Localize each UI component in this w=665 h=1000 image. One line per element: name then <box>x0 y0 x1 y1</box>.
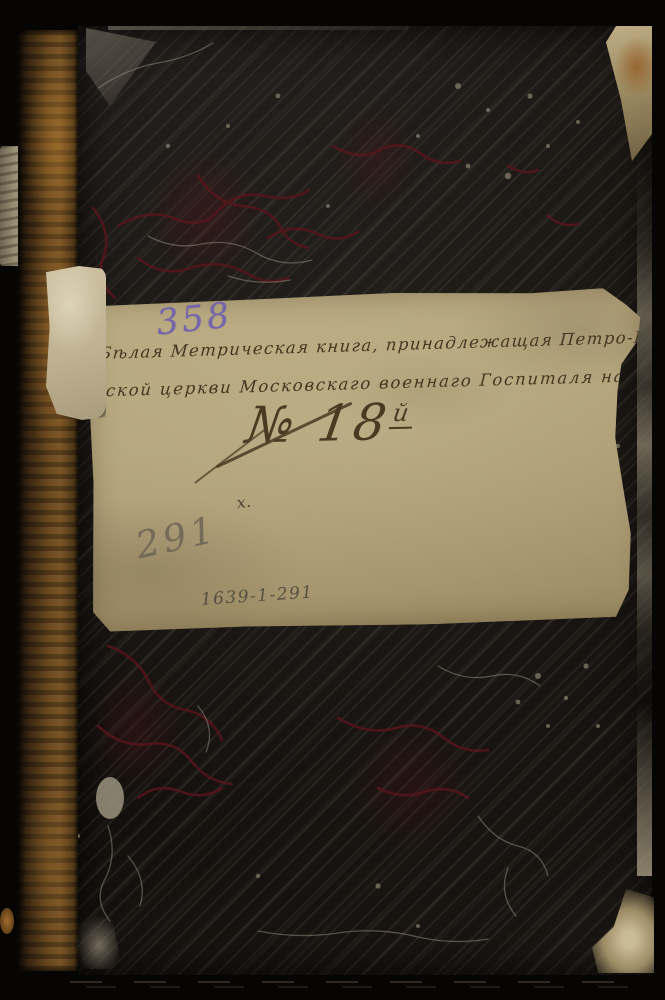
archive-code: 1639-1-291 <box>200 582 314 609</box>
pen-flourish <box>194 428 267 484</box>
pencil-number: 291 <box>132 508 222 568</box>
page-edges <box>70 978 645 992</box>
small-left-edge-fragment <box>0 908 14 934</box>
page-edge-line <box>70 981 645 983</box>
book-number-value: 18 <box>314 393 395 453</box>
book-number-suffix: й <box>389 399 417 430</box>
paper-label: 358 Бѣлая Метрическая книга, принадлежащ… <box>86 287 649 632</box>
book-number: № 18й <box>242 393 417 455</box>
worn-right-edge <box>637 156 652 876</box>
top-edge-highlight <box>108 26 408 30</box>
pencil-cross-mark: х. <box>235 492 251 513</box>
spine-paper-fragment <box>46 266 106 420</box>
page-edge-line <box>70 986 645 988</box>
book-cover-photo: 358 Бѣлая Метрическая книга, принадлежащ… <box>18 26 652 975</box>
number-sign: № <box>242 395 302 454</box>
photo-background: 358 Бѣлая Метрическая книга, принадлежащ… <box>0 0 665 1000</box>
